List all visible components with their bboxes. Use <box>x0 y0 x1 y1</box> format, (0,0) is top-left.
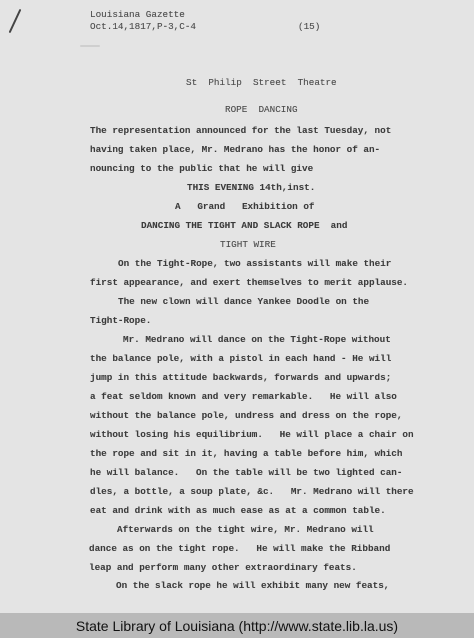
body-line: having taken place, Mr. Medrano has the … <box>90 145 380 155</box>
body-line: Afterwards on the tight wire, Mr. Medran… <box>117 525 374 535</box>
body-line: the rope and sit in it, having a table b… <box>90 449 402 459</box>
body-line: he will balance. On the table will be tw… <box>90 468 402 478</box>
body-line: The new clown will dance Yankee Doodle o… <box>118 297 369 307</box>
body-line: nouncing to the public that he will give <box>90 164 313 174</box>
heading: ROPE DANCING <box>225 105 298 115</box>
body-line: without the balance pole, undress and dr… <box>90 411 402 421</box>
body-line: A Grand Exhibition of <box>175 202 314 212</box>
body-line: Tight-Rope. <box>90 316 151 326</box>
body-line: The representation announced for the las… <box>90 126 391 136</box>
body-line: dance as on the tight rope. He will make… <box>89 544 390 554</box>
body-line: the balance pole, with a pistol in each … <box>90 354 391 364</box>
citation: Oct.14,1817,P-3,C-4 <box>90 22 196 32</box>
body-line: a feat seldom known and very remarkable.… <box>90 392 397 402</box>
body-line: DANCING THE TIGHT AND SLACK ROPE and <box>141 221 347 231</box>
publication-name: Louisiana Gazette <box>90 10 185 20</box>
body-line: Mr. Medrano will dance on the Tight-Rope… <box>123 335 391 345</box>
body-line: eat and drink with as much ease as at a … <box>90 506 386 516</box>
body-line: dles, a bottle, a soup plate, &c. Mr. Me… <box>90 487 414 497</box>
smudge-mark <box>80 45 100 47</box>
venue-title: St Philip Street Theatre <box>186 78 337 88</box>
body-line: On the Tight-Rope, two assistants will m… <box>118 259 391 269</box>
body-line: TIGHT WIRE <box>220 240 276 250</box>
body-line: THIS EVENING 14th,inst. <box>187 183 315 193</box>
body-line: jump in this attitude backwards, forward… <box>90 373 391 383</box>
pen-mark-slash <box>9 9 22 33</box>
body-line: first appearance, and exert themselves t… <box>90 278 408 288</box>
footer-credit-bar: State Library of Louisiana (http://www.s… <box>0 613 474 638</box>
body-line: leap and perform many other extraordinar… <box>89 563 357 573</box>
document-page: Louisiana Gazette Oct.14,1817,P-3,C-4 (1… <box>0 0 474 613</box>
page-number: (15) <box>298 22 320 32</box>
footer-credit-text: State Library of Louisiana (http://www.s… <box>76 618 398 634</box>
body-line: On the slack rope he will exhibit many n… <box>116 581 389 591</box>
body-line: without losing his equilibrium. He will … <box>90 430 414 440</box>
